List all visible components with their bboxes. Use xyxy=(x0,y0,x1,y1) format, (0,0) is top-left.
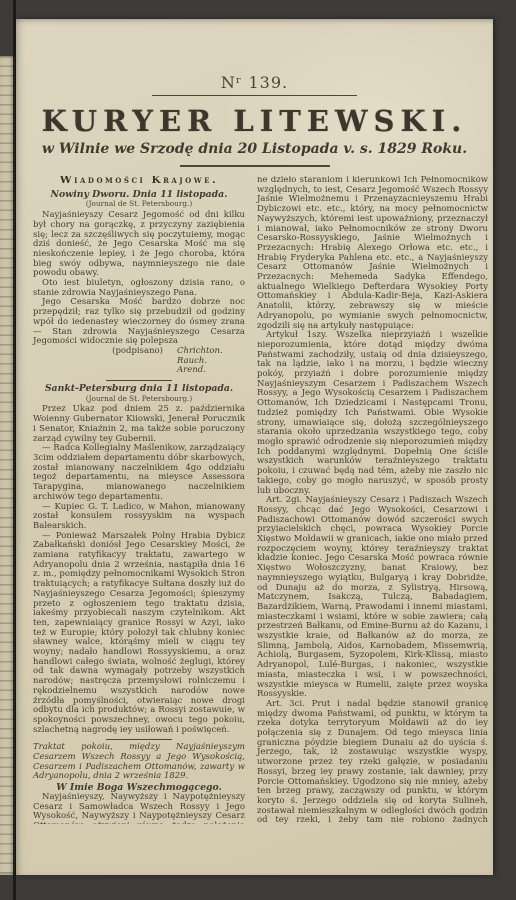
treaty-intro: Traktat pokoiu, między Nayjaśnieyszym Ce… xyxy=(33,743,245,782)
body-paragraph: — Ponieważ Marszałek Polny Hrabia Dybicz… xyxy=(33,532,245,736)
header-rule-bottom xyxy=(180,165,330,167)
body-paragraph: ne dzieło staraniom i kierunkowi Ich Peł… xyxy=(257,176,488,331)
article-subhead-sankt-petersburg: Sankt-Petersburg dnia 11 listopada. xyxy=(33,384,245,394)
section-heading-wiadomosci-krajowe: Wiadomości Krajowe. xyxy=(33,176,245,186)
body-paragraph: Nayjaśnieyszy Cesarz Jegomość od dni kil… xyxy=(33,211,245,279)
dateline: w Wilnie we Srzodę dnia 20 Listopada v. … xyxy=(16,141,493,157)
signature-label: (podpisano) xyxy=(112,347,163,376)
body-paragraph: — Kupiec G. T. Ladico, w Mahon, mianowan… xyxy=(33,503,245,532)
signature-names: Chrichton. Rauch. Arend. xyxy=(177,347,235,376)
signature-name: Arend. xyxy=(177,366,235,376)
body-paragraph: Oto iest biuletyn, ogłoszony dzisia rano… xyxy=(33,279,245,298)
bulletin-signature-block: (podpisano) Chrichton. Rauch. Arend. xyxy=(33,347,235,376)
journal-source-line: (Journal de St. Petersbourg.) xyxy=(33,199,245,209)
left-column: Wiadomości Krajowe. Nowiny Dworu. Dnia 1… xyxy=(33,176,245,824)
body-paragraph: Nayjaśnieyszy, Naywyższy i Naypotężnieys… xyxy=(33,793,245,824)
body-paragraph: Art. 3ci. Prut i nadal będzie stanowił g… xyxy=(257,700,488,824)
right-column: ne dzieło staraniom i kierunkowi Ich Peł… xyxy=(257,176,488,824)
body-paragraph: — Radca Kollegialny Maślenikow, zarządza… xyxy=(33,444,245,502)
issue-number: Nʳ 139. xyxy=(16,73,493,92)
article-columns: Wiadomości Krajowe. Nowiny Dworu. Dnia 1… xyxy=(16,176,493,824)
section-divider xyxy=(106,739,172,740)
section-divider xyxy=(106,380,172,381)
newspaper-page: Nʳ 139. KURYER LITEWSKI. w Wilnie we Srz… xyxy=(16,19,493,875)
body-paragraph: Przez Ukaz pod dniem 25 z. października … xyxy=(33,405,245,444)
body-paragraph: Artykuł 1szy. Wszelka nieprzyiaźń i wsze… xyxy=(257,331,488,496)
header-rule-top xyxy=(152,95,357,96)
masthead-title: KURYER LITEWSKI. xyxy=(16,104,493,138)
article-subhead-nowiny-dworu: Nowiny Dworu. Dnia 11 listopada. xyxy=(33,190,245,200)
body-paragraph: Art. 2gi. Nayjaśnieyszy Cesarz i Padisza… xyxy=(257,496,488,700)
body-paragraph: Jego Cesarska Mość bardzo dobrze noc prz… xyxy=(33,298,245,347)
journal-source-line: (Journal de St. Petersbourg.) xyxy=(33,394,245,404)
